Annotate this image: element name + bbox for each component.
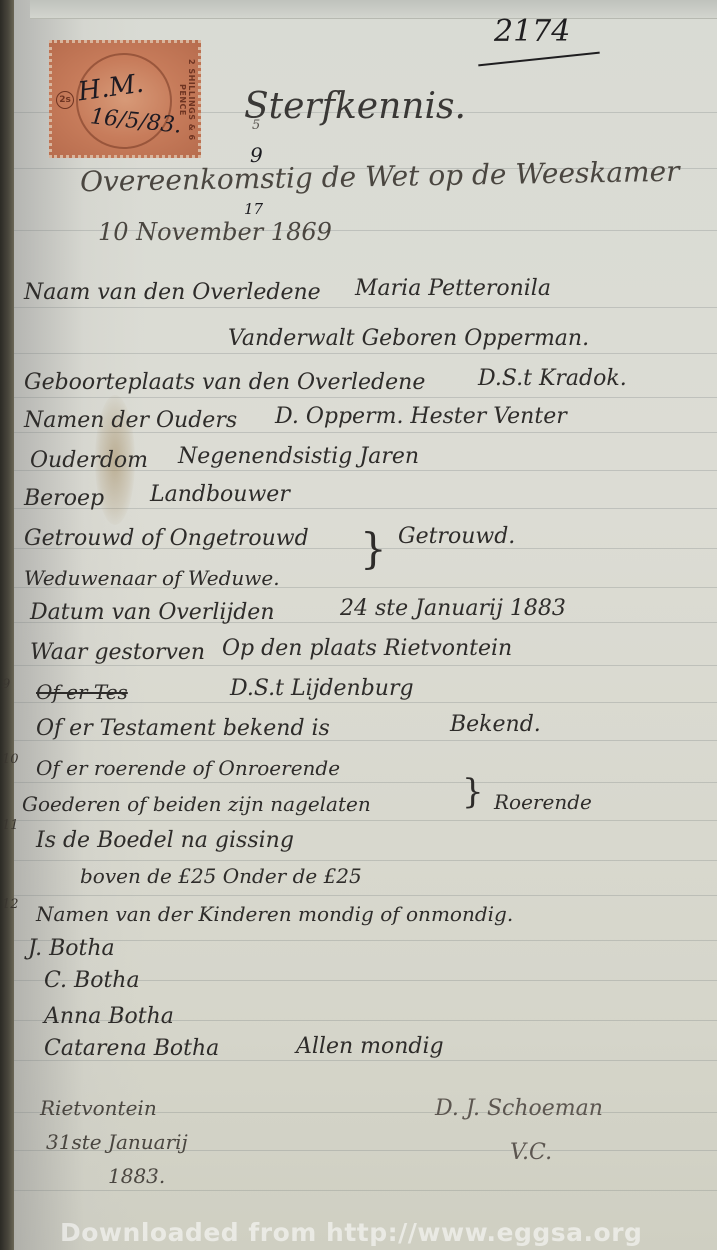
ruled-line xyxy=(14,1190,717,1191)
source-watermark: Downloaded from http://www.eggsa.org xyxy=(60,1218,642,1247)
field-label-marital-2: Weduwenaar of Weduwe. xyxy=(24,566,280,590)
child-name: Catarena Botha xyxy=(44,1036,219,1061)
field-label-district: Of er Tes xyxy=(36,680,128,704)
document-subtitle-date: 10 November 1869 xyxy=(98,218,332,246)
field-label-marital-1: Getrouwd of Ongetrouwd xyxy=(24,526,309,551)
field-label-property-1: Of er roerende of Onroerende xyxy=(36,756,340,780)
footer-place: Rietvontein xyxy=(40,1096,157,1120)
pencil-mark: 5 xyxy=(252,118,260,133)
field-value-testament: Bekend. xyxy=(450,712,541,737)
field-label-children: Namen van der Kinderen mondig of onmondi… xyxy=(36,902,513,926)
field-label-death-date: Datum van Overlijden xyxy=(30,600,275,625)
field-value-death-place: Op den plaats Rietvontein xyxy=(222,636,512,661)
margin-number: 12 xyxy=(2,897,19,912)
top-sheet-edge xyxy=(30,0,717,19)
register-number: 2174 xyxy=(494,14,570,49)
footer-year: 1883. xyxy=(108,1164,165,1188)
signature: D. J. Schoeman xyxy=(435,1096,603,1121)
field-label-property-2: Goederen of beiden zijn nagelaten xyxy=(22,792,371,816)
field-label-deceased-name: Naam van den Overledene xyxy=(24,280,321,305)
field-value-deceased-name-cont: Vanderwalt Geboren Opperman. xyxy=(228,326,589,351)
margin-number: 10 xyxy=(2,752,19,767)
ruled-line xyxy=(14,820,717,821)
ruled-line xyxy=(14,895,717,896)
field-value-occupation: Landbouwer xyxy=(150,482,290,507)
field-value-parents: D. Opperm. Hester Venter xyxy=(275,404,567,429)
field-label-parents: Namen der Ouders xyxy=(24,408,237,433)
child-name: Anna Botha xyxy=(44,1004,174,1029)
field-value-property: Roerende xyxy=(494,790,592,814)
field-value-deceased-name: Maria Petteronila xyxy=(355,276,551,301)
margin-number: 11 xyxy=(2,818,19,833)
footer-date: 31ste Januarij xyxy=(46,1130,188,1154)
pencil-mark: 17 xyxy=(244,200,263,218)
ruled-line xyxy=(14,782,717,783)
child-name: C. Botha xyxy=(44,968,140,993)
field-label-occupation: Beroep xyxy=(24,486,104,511)
field-label-death-place: Waar gestorven xyxy=(30,640,205,665)
ruled-line xyxy=(14,353,717,354)
stamp-side-text: 2 SHILLINGS & 6 PENCE xyxy=(182,47,196,153)
child-name: J. Botha xyxy=(28,936,115,961)
signature-title: V.C. xyxy=(510,1140,552,1165)
field-label-age: Ouderdom xyxy=(30,448,148,473)
field-label-birthplace: Geboorteplaats van den Overledene xyxy=(24,370,425,395)
margin-number: 9 xyxy=(2,677,10,692)
field-label-estate: Is de Boedel na gissing xyxy=(36,828,294,853)
brace-marital: } xyxy=(360,524,387,573)
stamp-value: 2s xyxy=(56,91,74,109)
field-label-testament: Of er Testament bekend is xyxy=(36,716,330,741)
revenue-stamp: 2s 2 SHILLINGS & 6 PENCE H.M. 16/5/83. xyxy=(49,40,201,158)
field-value-district: D.S.t Lijdenburg xyxy=(230,676,414,701)
field-value-estate: boven de £25 Onder de £25 xyxy=(80,864,362,888)
children-status: Allen mondig xyxy=(296,1034,444,1059)
brace-property: } xyxy=(462,772,484,812)
document-title: Sterfkennis. xyxy=(244,86,466,127)
ruled-line xyxy=(14,860,717,861)
field-value-birthplace: D.S.t Kradok. xyxy=(478,366,627,391)
field-value-age: Negenendsistig Jaren xyxy=(178,444,419,469)
book-spine-edge xyxy=(0,0,14,1250)
ruled-line xyxy=(14,940,717,941)
field-value-death-date: 24 ste Januarij 1883 xyxy=(340,596,566,621)
field-value-marital: Getrouwd. xyxy=(398,524,515,549)
ruled-line xyxy=(14,665,717,666)
ruled-line xyxy=(14,307,717,308)
